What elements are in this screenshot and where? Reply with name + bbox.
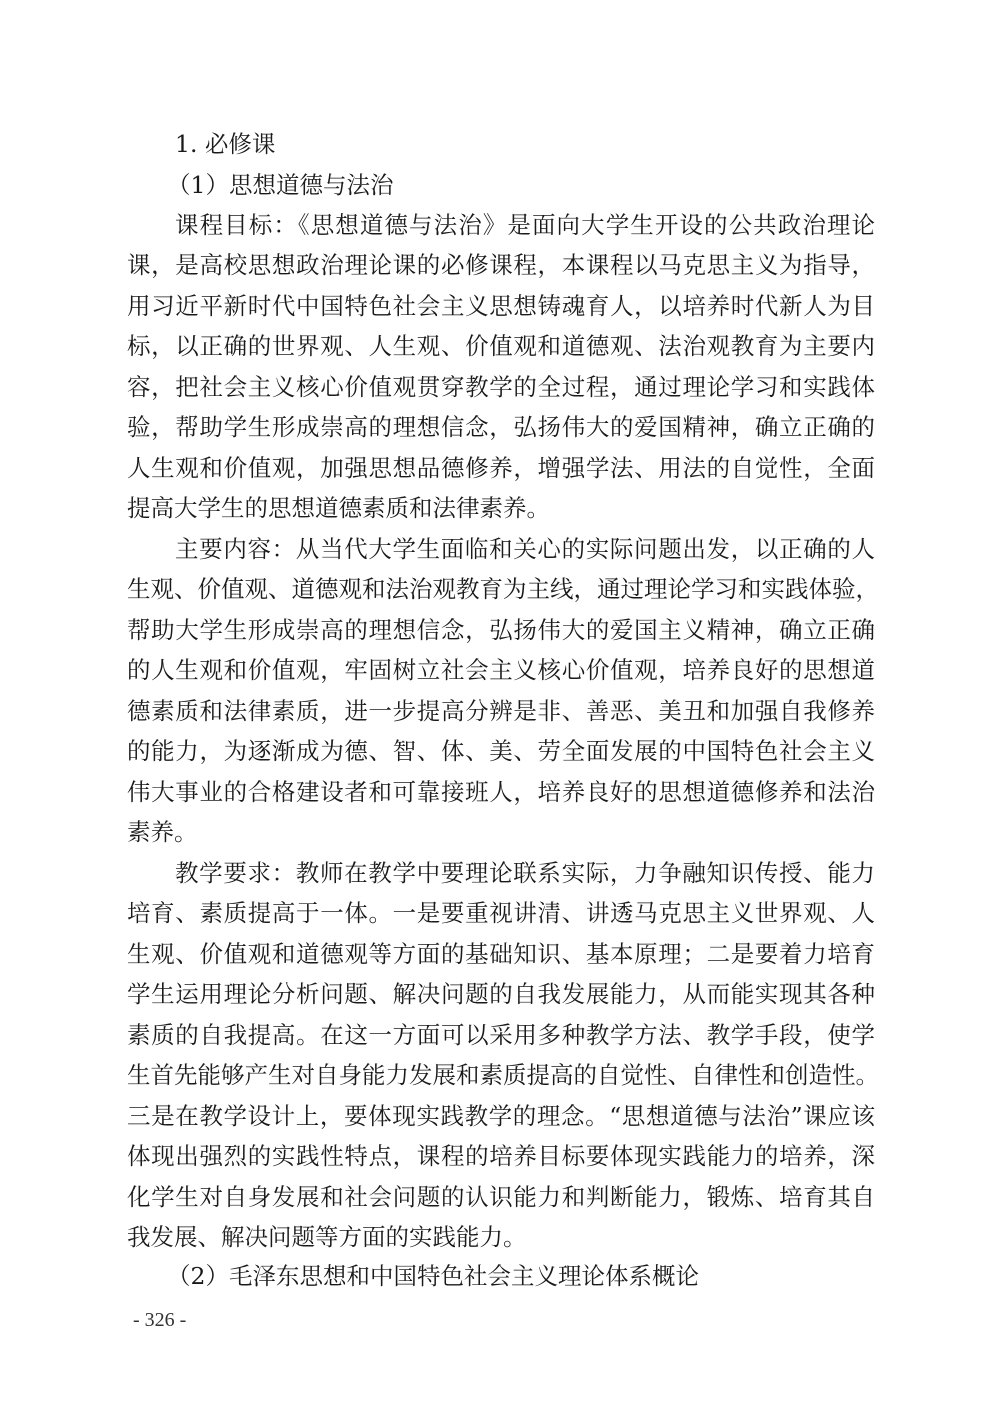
paragraph-line: 生观、价值观和道德观等方面的基础知识、基本原理；二是要着力培育 <box>127 934 875 974</box>
paragraph-line: 三是在教学设计上，要体现实践教学的理念。“思想道德与法治”课应该 <box>127 1096 875 1136</box>
paragraph-line: 课程目标：《思想道德与法治》是面向大学生开设的公共政治理论 <box>175 205 875 245</box>
course-2-title: （2）毛泽东思想和中国特色社会主义理论体系概论 <box>167 1256 867 1296</box>
paragraph-line: 生首先能够产生对自身能力发展和素质提高的自觉性、自律性和创造性。 <box>127 1055 875 1095</box>
paragraph-line: 我发展、解决问题等方面的实践能力。 <box>127 1217 875 1257</box>
paragraph-line: 素养。 <box>127 812 875 852</box>
paragraph-line: 素质的自我提高。在这一方面可以采用多种教学方法、教学手段，使学 <box>127 1015 875 1055</box>
paragraph-line: 的能力，为逐渐成为德、智、体、美、劳全面发展的中国特色社会主义 <box>127 731 875 771</box>
paragraph-line: 化学生对自身发展和社会问题的认识能力和判断能力，锻炼、培育其自 <box>127 1177 875 1217</box>
paragraph-line: 伟大事业的合格建设者和可靠接班人，培养良好的思想道德修养和法治 <box>127 772 875 812</box>
page-number: - 326 - <box>133 1306 186 1334</box>
paragraph-line: 人生观和价值观，加强思想品德修养，增强学法、用法的自觉性，全面 <box>127 448 875 488</box>
paragraph-line: 体现出强烈的实践性特点，课程的培养目标要体现实践能力的培养，深 <box>127 1136 875 1176</box>
paragraph-line: 课，是高校思想政治理论课的必修课程，本课程以马克思主义为指导， <box>127 245 875 285</box>
paragraph-line: 的人生观和价值观，牢固树立社会主义核心价值观，培养良好的思想道 <box>127 650 875 690</box>
section-heading: 1. 必修课 <box>175 124 875 164</box>
paragraph-line: 德素质和法律素质，进一步提高分辨是非、善恶、美丑和加强自我修养 <box>127 691 875 731</box>
paragraph-line: 提高大学生的思想道德素质和法律素养。 <box>127 488 875 528</box>
document-page: 1. 必修课 （1）思想道德与法治 课程目标：《思想道德与法治》是面向大学生开设… <box>0 0 1000 1414</box>
paragraph-line: 帮助大学生形成崇高的理想信念，弘扬伟大的爱国主义精神，确立正确 <box>127 610 875 650</box>
course-1-title: （1）思想道德与法治 <box>167 165 867 205</box>
paragraph-line: 验，帮助学生形成崇高的理想信念，弘扬伟大的爱国精神，确立正确的 <box>127 407 875 447</box>
paragraph-line: 学生运用理论分析问题、解决问题的自我发展能力，从而能实现其各种 <box>127 974 875 1014</box>
paragraph-line: 教学要求：教师在教学中要理论联系实际，力争融知识传授、能力 <box>175 853 875 893</box>
paragraph-line: 容，把社会主义核心价值观贯穿教学的全过程，通过理论学习和实践体 <box>127 367 875 407</box>
paragraph-line: 生观、价值观、道德观和法治观教育为主线，通过理论学习和实践体验， <box>127 569 875 609</box>
paragraph-line: 主要内容：从当代大学生面临和关心的实际问题出发，以正确的人 <box>175 529 875 569</box>
paragraph-line: 培育、素质提高于一体。一是要重视讲清、讲透马克思主义世界观、人 <box>127 893 875 933</box>
paragraph-line: 用习近平新时代中国特色社会主义思想铸魂育人，以培养时代新人为目 <box>127 286 875 326</box>
paragraph-line: 标，以正确的世界观、人生观、价值观和道德观、法治观教育为主要内 <box>127 326 875 366</box>
